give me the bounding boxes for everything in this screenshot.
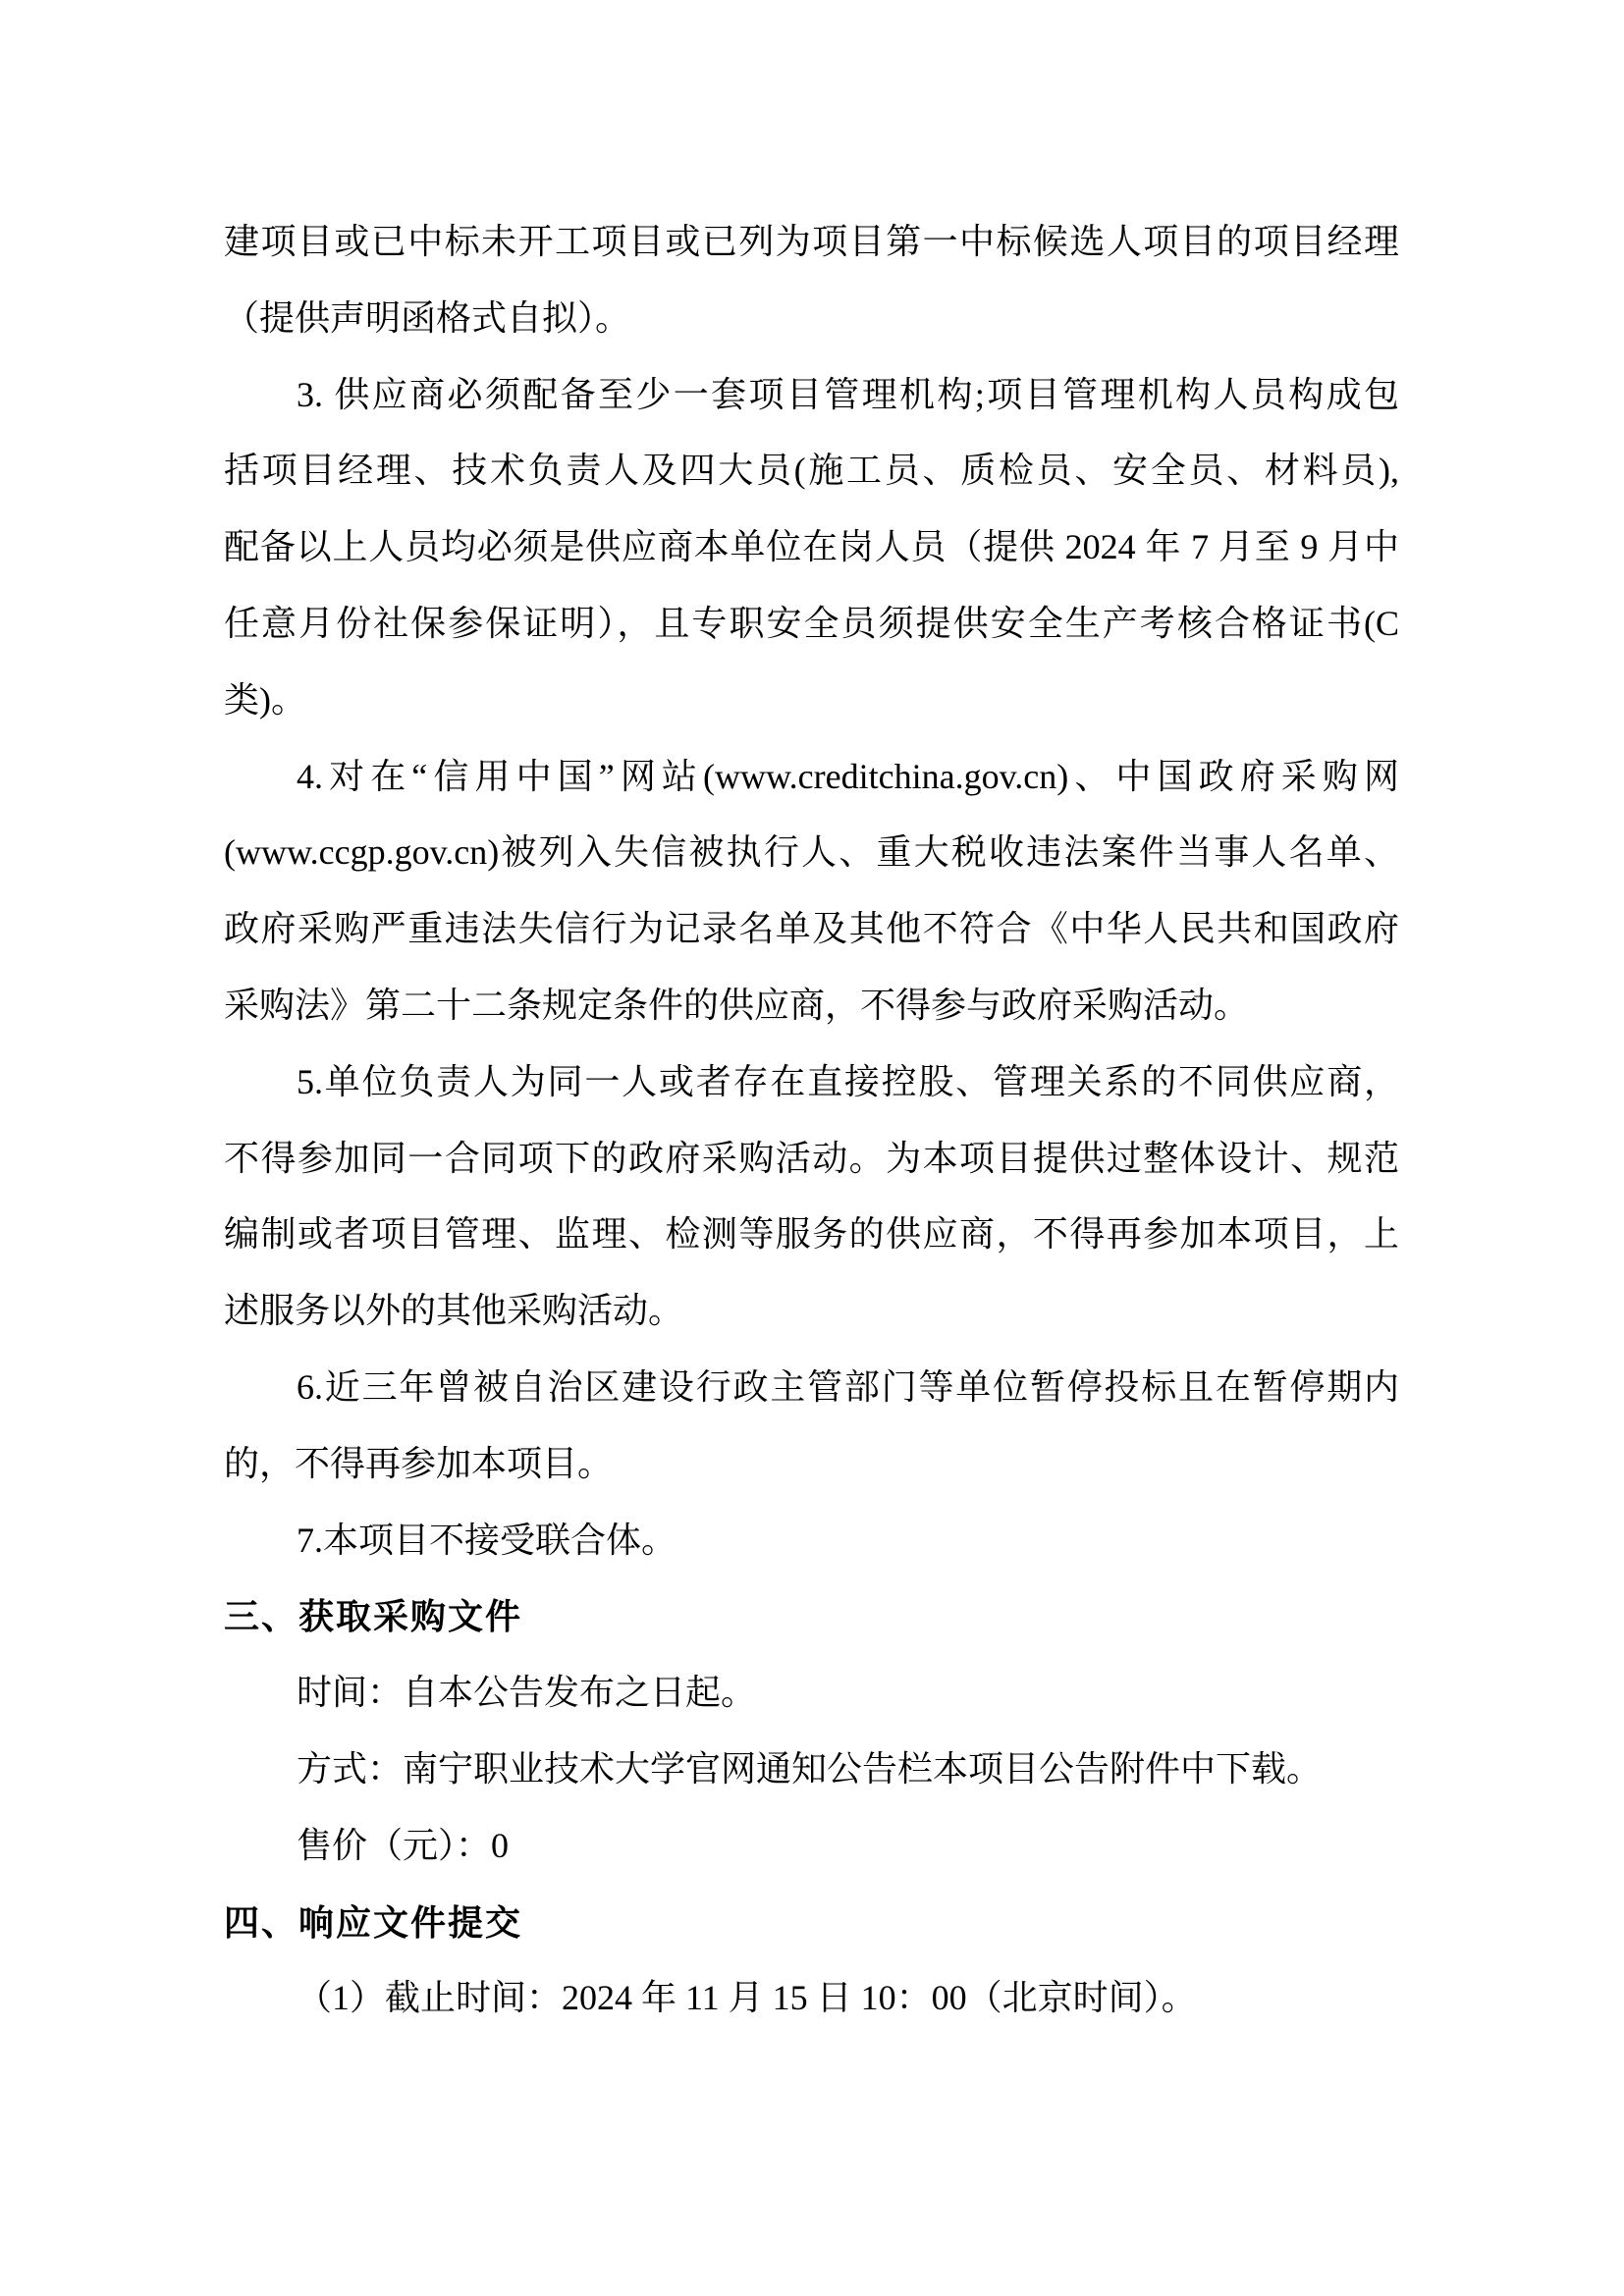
text-line: 括项目经理、技术负责人及四大员(施工员、质检员、安全员、材料员), (224, 433, 1399, 509)
text-line-item-7: 7.本项目不接受联合体。 (224, 1503, 1399, 1579)
section-heading-obtain-documents: 三、获取采购文件 (224, 1578, 1399, 1655)
text-line-item-4: 4.对在“信用中国”网站(www.creditchina.gov.cn)、中国政… (224, 739, 1399, 816)
text-line: 不得参加同一合同项下的政府采购活动。为本项目提供过整体设计、规范 (224, 1121, 1399, 1198)
text-line: 任意月份社保参保证明），且专职安全员须提供安全生产考核合格证书(C (224, 586, 1399, 663)
text-line-price: 售价（元）：0 (224, 1808, 1399, 1885)
text-line: 类)。 (224, 663, 1399, 739)
text-line-item-3: 3. 供应商必须配备至少一套项目管理机构;项目管理机构人员构成包 (224, 357, 1399, 434)
text-line: 配备以上人员均必须是供应商本单位在岗人员（提供 2024 年 7 月至 9 月中 (224, 509, 1399, 586)
text-line-deadline: （1）截止时间：2024 年 11 月 15 日 10：00（北京时间）。 (224, 1960, 1399, 2037)
text-line: （提供声明函格式自拟）。 (224, 281, 1399, 357)
text-line-time: 时间：自本公告发布之日起。 (224, 1655, 1399, 1732)
text-line-item-5: 5.单位负责人为同一人或者存在直接控股、管理关系的不同供应商， (224, 1044, 1399, 1121)
text-line: 采购法》第二十二条规定条件的供应商，不得参与政府采购活动。 (224, 968, 1399, 1044)
text-line-item-6: 6.近三年曾被自治区建设行政主管部门等单位暂停投标且在暂停期内 (224, 1350, 1399, 1426)
section-heading-response-submission: 四、响应文件提交 (224, 1885, 1399, 1961)
text-line: 述服务以外的其他采购活动。 (224, 1273, 1399, 1350)
document-page: 建项目或已中标未开工项目或已列为项目第一中标候选人项目的项目经理 （提供声明函格… (0, 0, 1624, 2296)
text-line: 编制或者项目管理、监理、检测等服务的供应商，不得再参加本项目，上 (224, 1197, 1399, 1273)
text-line: 建项目或已中标未开工项目或已列为项目第一中标候选人项目的项目经理 (224, 204, 1399, 281)
document-body: 建项目或已中标未开工项目或已列为项目第一中标候选人项目的项目经理 （提供声明函格… (224, 204, 1399, 2037)
text-line: 的，不得再参加本项目。 (224, 1426, 1399, 1503)
text-line-method: 方式：南宁职业技术大学官网通知公告栏本项目公告附件中下载。 (224, 1732, 1399, 1808)
text-line: 政府采购严重违法失信行为记录名单及其他不符合《中华人民共和国政府 (224, 891, 1399, 968)
text-line: (www.ccgp.gov.cn)被列入失信被执行人、重大税收违法案件当事人名单… (224, 815, 1399, 891)
